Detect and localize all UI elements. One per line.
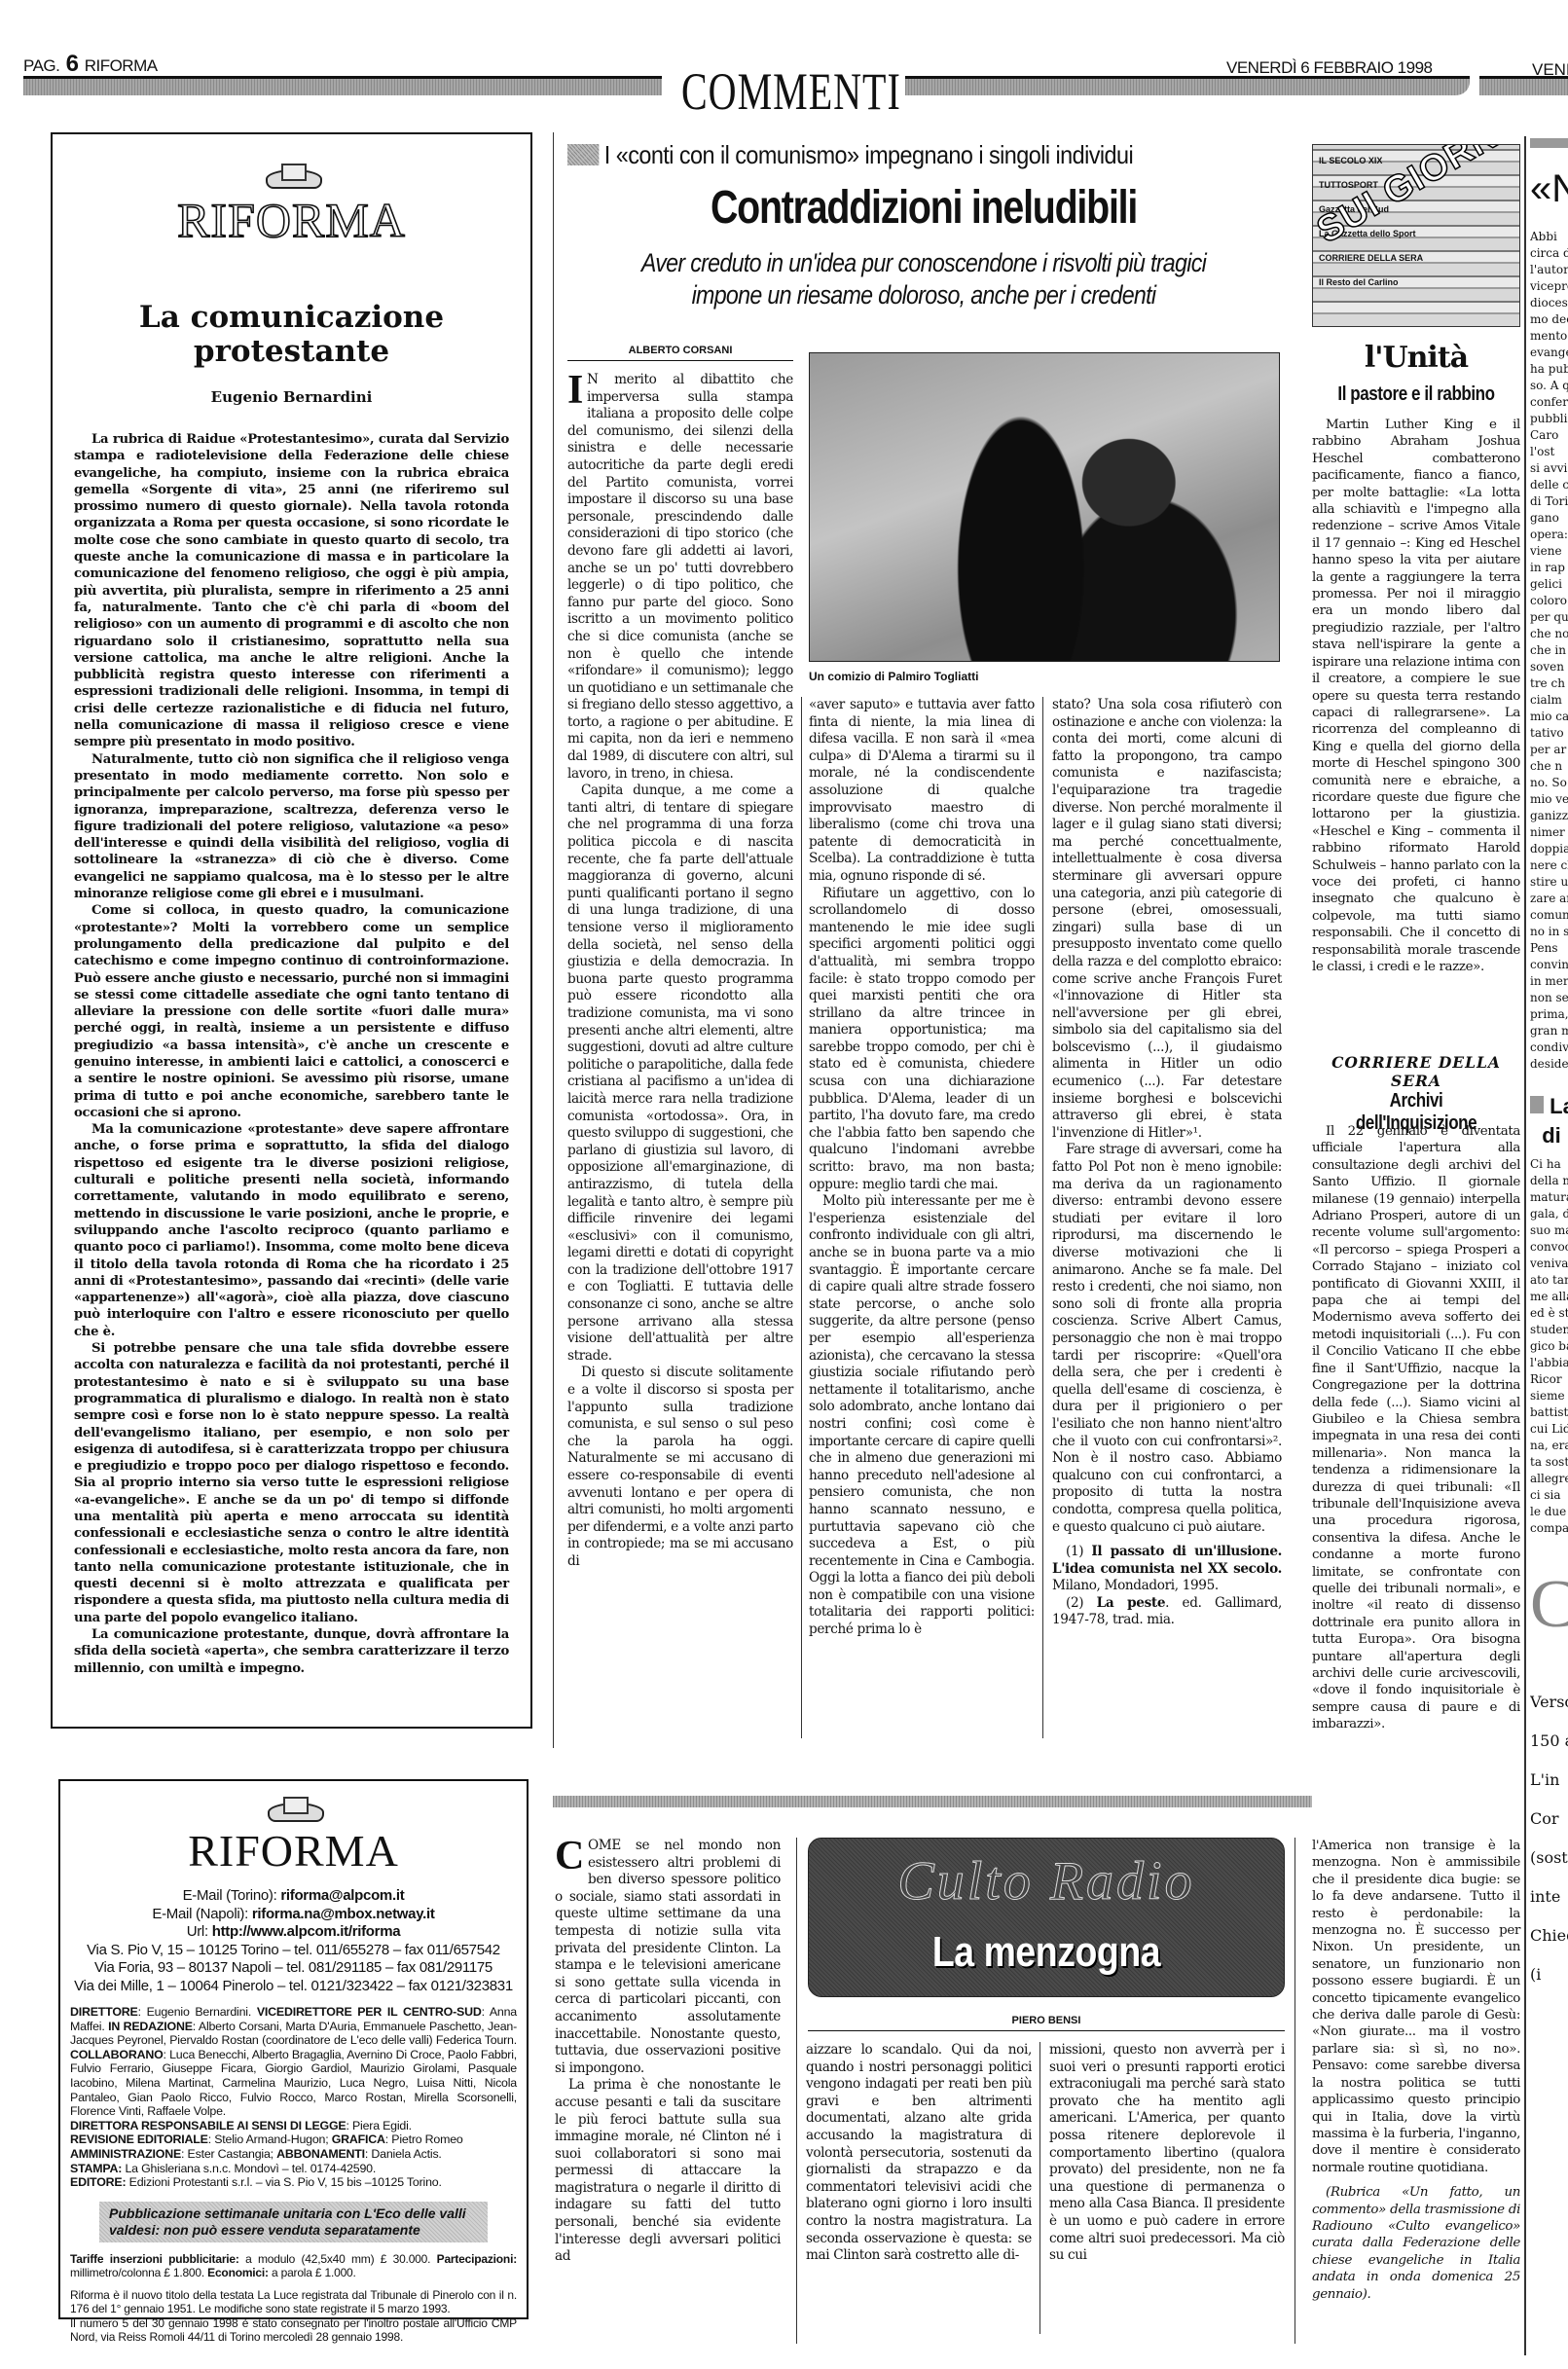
text-line: circa d <box>1530 245 1568 262</box>
article-deck: Aver creduto in un'idea pur conoscendone… <box>605 247 1242 311</box>
text-line: cialm <box>1530 692 1568 709</box>
text-line: gico ba <box>1530 1338 1568 1355</box>
culto-radio-logo: Culto Radio <box>809 1850 1284 1913</box>
text-line: in meri <box>1530 973 1568 990</box>
unita-masthead: l'Unità <box>1312 341 1520 375</box>
paragraph: IN merito al dibattito che imperversa su… <box>567 372 793 783</box>
paragraph: La comunicazione protestante, dunque, do… <box>74 1626 509 1677</box>
text-line: matura <box>1530 1189 1568 1206</box>
headline-fragment: «N <box>1530 167 1568 211</box>
names: Daniela Actis. <box>371 2147 441 2161</box>
role: IN REDAZIONE <box>108 2020 193 2033</box>
text: di <box>1542 1123 1561 1148</box>
text-line: confer <box>1530 394 1568 411</box>
text-line: (sostenito <box>1530 1839 1568 1877</box>
text-fragment: Abbicirca dl'autorviceprediocesamo decme… <box>1530 229 1568 1073</box>
text-line: condivi <box>1530 1039 1568 1056</box>
open-book-icon <box>260 1795 328 1824</box>
text-line: vicepre <box>1530 278 1568 295</box>
names: Ester Castangia; <box>188 2147 273 2161</box>
footnote-detail: . ed. Gallimard, 1947-78, trad. mia. <box>1052 1595 1282 1628</box>
text-line: suo ma <box>1530 1222 1568 1239</box>
footnote-detail: Milano, Mondadori, 1995. <box>1052 1578 1219 1593</box>
decorative-letter: C <box>1530 1566 1568 1644</box>
text-line: Chiede <box>1530 1916 1568 1955</box>
text-fragment: Verso150 aL'inCor(sostenitointeChiede(i <box>1530 1683 1568 1994</box>
paragraph: Capita dunque, a me come a tanti altri, … <box>567 783 793 1365</box>
paragraph: Fare strage di avversari, come ha fatto … <box>1052 1142 1282 1536</box>
text-line: allegre <box>1530 1471 1568 1487</box>
text: La <box>1550 1094 1568 1118</box>
names: Piera Egidi. <box>352 2119 412 2132</box>
role: DIRETTORA RESPONSABILE AI SENSI DI LEGGE <box>70 2119 346 2132</box>
next-page-date-fragment: VENE <box>1532 60 1568 80</box>
text-line: si avvi <box>1530 460 1568 477</box>
paragraph: stato? Una sola cosa rifiuterò con ostin… <box>1052 697 1282 1142</box>
text-line: Caro <box>1530 427 1568 444</box>
kicker-text: I «conti con il comunismo» impegnano i s… <box>604 140 1133 169</box>
gray-bar <box>1530 138 1568 148</box>
text-line: tre ch <box>1530 675 1568 692</box>
logo-wordmark: RIFORMA <box>74 196 509 244</box>
text-line: Cor <box>1530 1800 1568 1839</box>
text-line: no in sp <box>1530 924 1568 940</box>
text: N merito al dibattito che imperversa sul… <box>567 372 793 782</box>
registration-note: Riforma è il nuovo titolo della testata … <box>70 2288 517 2316</box>
text-line: Abbi <box>1530 229 1568 245</box>
column-divider <box>796 1838 797 2344</box>
culto-column-1: COME se nel mondo non esistessero altri … <box>555 1838 781 2266</box>
paragraph: Di questo si discute solitamente e a vol… <box>567 1365 793 1570</box>
footnote: (1) Il passato di un'illusione. L'idea c… <box>1052 1544 1282 1595</box>
text-line: L'in <box>1530 1761 1568 1800</box>
text-line: diocesa <box>1530 295 1568 311</box>
page-edge-divider <box>1524 136 1526 2355</box>
text-line: mio ve <box>1530 791 1568 808</box>
text-line: sieme <box>1530 1388 1568 1404</box>
section-separator-rule <box>553 1796 1312 1807</box>
masthead-rule-right <box>905 76 1470 95</box>
paragraph: «aver saputo» e tuttavia aver fatto fint… <box>809 697 1035 886</box>
text-line: della m <box>1530 1173 1568 1189</box>
names: Eugenio Bernardini. <box>147 2005 252 2019</box>
value: a parola £ 1.000. <box>272 2266 356 2279</box>
text-line: opera: <box>1530 527 1568 543</box>
editorial-author: Eugenio Bernardini <box>74 388 509 406</box>
text-line: ci sia <box>1530 1487 1568 1504</box>
website-link[interactable]: http://www.alpcom.it/riforma <box>212 1923 401 1940</box>
item-title: Il pastore e il rabbino <box>1328 383 1505 406</box>
text-line: veniva <box>1530 1256 1568 1272</box>
label: Economici: <box>207 2266 269 2279</box>
text-line: me alla <box>1530 1289 1568 1305</box>
corriere-masthead: CORRIERE DELLA SERA <box>1312 1053 1520 1090</box>
text-line: in rap <box>1530 560 1568 576</box>
paragraph: Molto più interessante per me è l'esperi… <box>809 1193 1035 1638</box>
address-torino: Via S. Pio V, 15 – 10125 Torino – tel. 0… <box>70 1942 517 1960</box>
broadcast-note: (Rubrica «Un fatto, un commento» della t… <box>1312 2184 1520 2303</box>
text-line: evange <box>1530 345 1568 361</box>
section-title: COMMENTI <box>681 60 901 122</box>
text-line: doppia <box>1530 841 1568 857</box>
paragraph: Il 22 gennaio è diventata ufficiale l'ap… <box>1312 1123 1520 1733</box>
role: EDITORE: <box>70 2175 126 2189</box>
article-kicker: I «conti con il comunismo» impegnano i s… <box>567 140 1133 170</box>
text-line: desider <box>1530 1056 1568 1073</box>
culto-column-3: missioni, questo non avverrà per i suoi … <box>1049 2042 1285 2265</box>
masthead-rule-left <box>23 76 662 95</box>
culto-column-4: l'America non transige è la menzogna. No… <box>1312 1838 1520 2303</box>
text-line: mio ca <box>1530 709 1568 725</box>
sales-notice: Pubblicazione settimanale unitaria con L… <box>99 2202 488 2242</box>
text-line: pubblic <box>1530 411 1568 427</box>
text-line: battista <box>1530 1404 1568 1421</box>
text-line: l'ost <box>1530 444 1568 460</box>
text-line: l'autor <box>1530 262 1568 278</box>
names: Stelio Armand-Hugon; <box>214 2132 328 2146</box>
contact-info: E-Mail (Torino): riforma@alpcom.it E-Mai… <box>70 1887 517 1995</box>
editorial-title: La comunicazione protestante <box>74 301 509 369</box>
label: Url: <box>187 1923 208 1940</box>
address-pinerolo: Via dei Mille, 1 – 10064 Pinerolo – tel.… <box>70 1978 517 1996</box>
colophon-box: RIFORMA E-Mail (Torino): riforma@alpcom.… <box>58 1779 529 2319</box>
email-torino-link[interactable]: riforma@alpcom.it <box>280 1887 404 1904</box>
text-line: di Tori <box>1530 493 1568 510</box>
item-text: Il 22 gennaio è diventata ufficiale l'ap… <box>1312 1123 1520 1733</box>
drop-cap: I <box>567 374 583 407</box>
text-line: convin <box>1530 957 1568 973</box>
column-divider <box>801 697 802 1738</box>
text-line: prima, <box>1530 1006 1568 1023</box>
role: ABBONAMENTI <box>276 2147 365 2161</box>
text-line: ato tan <box>1530 1272 1568 1289</box>
text-line: per qu <box>1530 609 1568 626</box>
role: GRAFICA <box>332 2132 385 2146</box>
culto-column-2: aizzare lo scandalo. Qui da noi, quando … <box>806 2042 1032 2265</box>
text-line: tativo <box>1530 725 1568 742</box>
open-book-icon <box>258 162 326 191</box>
paragraph: Naturalmente, tutto ciò non significa ch… <box>74 751 509 903</box>
text-line: (i <box>1530 1955 1568 1994</box>
editorial-box: RIFORMA La comunicazione protestante Eug… <box>51 132 532 1729</box>
label: E-Mail (Napoli): <box>152 1906 248 1922</box>
role: STAMPA: <box>70 2162 122 2175</box>
page-prefix: PAG. <box>23 56 59 75</box>
paragraph: l'America non transige è la menzogna. No… <box>1312 1838 1520 2176</box>
role: REVISIONE EDITORIALE <box>70 2132 208 2146</box>
text-line: le due <box>1530 1504 1568 1520</box>
paragraph: La prima è che nonostante le accuse pesa… <box>555 2077 781 2266</box>
text-line: Verso <box>1530 1683 1568 1722</box>
text-line: inte <box>1530 1877 1568 1916</box>
footnote-number: (1) <box>1066 1544 1083 1559</box>
article-column-2: «aver saputo» e tuttavia aver fatto fint… <box>809 697 1035 1639</box>
text-line: comun <box>1530 907 1568 924</box>
headline-fragment: La di <box>1530 1092 1568 1150</box>
newspapers-collage: IL SECOLO XIX TUTTOSPORT Gazzetta del Su… <box>1312 144 1520 327</box>
text-line: coloro <box>1530 593 1568 609</box>
label: Tariffe inserzioni pubblicitarie: <box>70 2252 239 2266</box>
text-line: gala, d <box>1530 1206 1568 1222</box>
article-column-3: stato? Una sola cosa rifiuterò con ostin… <box>1052 697 1282 1629</box>
togliatti-photo <box>809 352 1280 662</box>
text-line: ganizza <box>1530 808 1568 824</box>
text-line: che no <box>1530 626 1568 642</box>
footnote-number: (2) <box>1066 1595 1083 1611</box>
names: Pietro Romeo <box>391 2132 462 2146</box>
text-line: ha pub <box>1530 361 1568 378</box>
column-divider <box>1295 1838 1295 2344</box>
footnote-title: La peste <box>1097 1595 1165 1611</box>
text-line: no. So <box>1530 775 1568 791</box>
text-line: stire u <box>1530 874 1568 891</box>
culto-byline: PIERO BENSI <box>808 2015 1285 2031</box>
text-line: soven <box>1530 659 1568 675</box>
text-line: delle c <box>1530 477 1568 493</box>
text-line: mo dec <box>1530 311 1568 328</box>
value: a modulo (42,5x40 mm) £ 30.000. <box>245 2252 430 2266</box>
text-line: mento <box>1530 328 1568 345</box>
text-line: gelici <box>1530 576 1568 593</box>
text-line: na, era <box>1530 1438 1568 1454</box>
paragraph: Si potrebbe pensare che una tale sfida d… <box>74 1340 509 1626</box>
paragraph: COME se nel mondo non esistessero altri … <box>555 1838 781 2077</box>
label: Partecipazioni: <box>437 2252 517 2266</box>
publication-name: RIFORMA <box>85 56 158 75</box>
riforma-logo: RIFORMA <box>74 162 509 244</box>
main-article: I «conti con il comunismo» impegnano i s… <box>553 132 1293 1748</box>
paper-title: Il Resto del Carlino <box>1319 271 1423 295</box>
footnote-title: Il passato di un'illusione. L'idea comun… <box>1052 1544 1282 1577</box>
item-text: Martin Luther King e il rabbino Abraham … <box>1312 417 1520 975</box>
text-line: student <box>1530 1322 1568 1338</box>
paragraph: Martin Luther King e il rabbino Abraham … <box>1312 417 1520 975</box>
culto-radio-banner: Culto Radio La menzogna <box>808 1838 1285 1997</box>
article-headline: Contraddizioni ineludibili <box>620 181 1226 235</box>
role: VICEDIRETTORE PER IL CENTRO-SUD <box>257 2005 482 2019</box>
text-line: so. A q <box>1530 378 1568 394</box>
text-line: convoc <box>1530 1239 1568 1256</box>
role: AMMINISTRAZIONE <box>70 2147 181 2161</box>
paragraph: La rubrica di Raidue «Protestantesimo», … <box>74 431 509 751</box>
text: OME se nel mondo non esistessero altri p… <box>555 1838 781 2076</box>
names: La Ghisleriana s.n.c. Mondovì – tel. 017… <box>125 2162 376 2175</box>
article-column-1: IN merito al dibattito che imperversa su… <box>567 372 793 1571</box>
text-line: ta soste <box>1530 1454 1568 1471</box>
text-line: viene <box>1530 543 1568 560</box>
page-number: 6 <box>66 51 79 77</box>
paragraph: aizzare lo scandalo. Qui da noi, quando … <box>806 2042 1032 2265</box>
text-line: non se <box>1530 990 1568 1006</box>
address-napoli: Via Foria, 93 – 80137 Napoli – tel. 081/… <box>70 1959 517 1978</box>
value: millimetro/colonna £ 1.800. <box>70 2266 204 2279</box>
paragraph: Come si colloca, in questo quadro, la co… <box>74 902 509 1121</box>
text-line: Ci ha <box>1530 1156 1568 1173</box>
paragraph: Rifiutare un aggettivo, con lo scrolland… <box>809 886 1035 1194</box>
adjacent-page-fragment: «N Abbicirca dl'autorviceprediocesamo de… <box>1530 132 1568 2369</box>
email-napoli-link[interactable]: riforma.na@mbox.netway.it <box>252 1906 435 1922</box>
staff-list: DIRETTORE: Eugenio Bernardini. VICEDIRET… <box>70 2005 517 2190</box>
text-line: per ar <box>1530 742 1568 758</box>
text-line: nimer <box>1530 824 1568 841</box>
riforma-logo-small: RIFORMA <box>70 1795 517 1874</box>
text-line: che in <box>1530 642 1568 659</box>
text-line: zare ar <box>1530 891 1568 907</box>
gray-square-icon <box>567 144 599 165</box>
editorial-body: La rubrica di Raidue «Protestantesimo», … <box>74 431 509 1677</box>
column-divider <box>1042 697 1043 1738</box>
names: Edizioni Protestanti s.r.l. – via S. Pio… <box>129 2175 442 2189</box>
advertising-rates: Tariffe inserzioni pubblicitarie: a modu… <box>70 2252 517 2280</box>
text-fragment: Ci hadella mmaturagala, dsuo maconvocven… <box>1530 1156 1568 1537</box>
masthead: PAG. 6 RIFORMA COMMENTI VENERDÌ 6 FEBBRA… <box>0 0 1568 107</box>
text-line: compag <box>1530 1520 1568 1537</box>
role: DIRETTORE <box>70 2005 138 2019</box>
column-divider <box>1039 2042 1040 2334</box>
photo-caption: Un comizio di Palmiro Togliatti <box>809 670 978 683</box>
label: E-Mail (Torino): <box>183 1887 277 1904</box>
article-byline: ALBERTO CORSANI <box>567 345 793 361</box>
culto-headline: La menzogna <box>845 1928 1249 1977</box>
text-line: gano <box>1530 510 1568 527</box>
text-line: gran m <box>1530 1023 1568 1039</box>
page-label: PAG. 6 RIFORMA <box>23 51 158 78</box>
paragraph: Ma la comunicazione «protestante» deve s… <box>74 1121 509 1340</box>
drop-cap: C <box>555 1840 584 1873</box>
mailing-note: Il numero 5 del 30 gennaio 1998 è stato … <box>70 2316 517 2345</box>
text-line: Pens <box>1530 940 1568 957</box>
footnote: (2) La peste. ed. Gallimard, 1947-78, tr… <box>1052 1595 1282 1629</box>
text-line: Ricor <box>1530 1371 1568 1388</box>
text-line: cui Lidi <box>1530 1421 1568 1438</box>
text-line: nere cl <box>1530 857 1568 874</box>
issue-date: VENERDÌ 6 FEBBRAIO 1998 <box>1226 58 1432 78</box>
text-line: ed è sta <box>1530 1305 1568 1322</box>
text-line: che n <box>1530 758 1568 775</box>
role: COLLABORANO <box>70 2048 164 2061</box>
gray-square-icon <box>1530 1096 1544 1113</box>
paragraph: missioni, questo non avverrà per i suoi … <box>1049 2042 1285 2265</box>
text-line: l'abbiar <box>1530 1355 1568 1371</box>
logo-wordmark: RIFORMA <box>70 1829 517 1874</box>
text-line: 150 a <box>1530 1722 1568 1761</box>
